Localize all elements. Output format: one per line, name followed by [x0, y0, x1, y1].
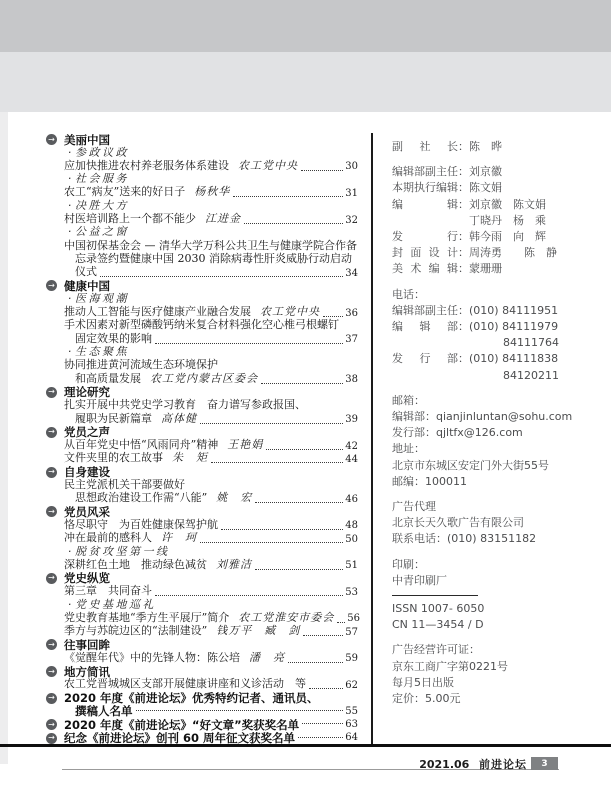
masthead-colon: ： — [458, 245, 469, 261]
masthead-value: 刘京徽 陈文娟 — [469, 197, 546, 213]
dot-leader — [302, 723, 343, 724]
toc-section: →党史纵览第三章 共同奋斗53党史基地巡礼党史教育基地“季方生平展厅”简介农工党… — [46, 572, 358, 638]
dot-leader — [298, 737, 343, 738]
page-number: 30 — [345, 161, 358, 173]
masthead-value: (010) 84111979 — [469, 319, 558, 335]
dot-leader — [255, 502, 343, 503]
dot-leader — [244, 223, 343, 224]
masthead-text-row: 地址： — [392, 441, 604, 457]
masthead-group: 广告代理北京长天久歌广告有限公司联系电话：(010) 83151182 — [392, 499, 604, 548]
masthead-text-row: CN 11—3454 / D — [392, 617, 604, 633]
article-author: 高体健 — [161, 410, 197, 426]
article-title: 文件夹里的农工故事 — [64, 449, 163, 465]
masthead-field-row: 编辑部副主任：刘京徽 — [392, 164, 604, 180]
masthead-text-row: 北京长天久歌广告有限公司 — [392, 515, 604, 531]
toc-section: →地方简讯农工党晋城城区支部开展健康讲座和义诊活动 等62 — [46, 665, 358, 692]
page-number: 38 — [345, 374, 358, 386]
toc-section-title-row: →纪念《前进论坛》创刊 60 周年征文获奖名单64 — [46, 731, 358, 744]
masthead-group: 编辑部副主任：刘京徽本期执行编辑：陈文娟编辑：刘京徽 陈文娟丁晓丹 杨 乘发行：… — [392, 164, 604, 277]
section-arrow-icon: → — [46, 134, 57, 145]
article-author: 姚 宏 — [216, 489, 252, 505]
masthead-text-row: 印刷： — [392, 557, 604, 573]
page-number: 57 — [345, 627, 358, 639]
section-arrow-icon: → — [46, 573, 57, 584]
article-title: 季方与苏皖边区的“法制建设” — [64, 622, 207, 638]
dot-leader — [136, 710, 344, 711]
masthead-value: (010) 84111951 — [469, 303, 558, 319]
footer-thick-rule — [0, 744, 611, 747]
masthead-field-row: 美术编辑：蒙珊珊 — [392, 261, 604, 277]
masthead-field-row: 编辑部：(010) 84111979 — [392, 319, 604, 335]
page-number: 34 — [345, 268, 358, 280]
masthead-value: 刘京徽 — [469, 164, 502, 180]
article-author: 农工党中央 — [238, 157, 298, 173]
masthead-text-row: ISSN 1007- 6050 — [392, 601, 604, 617]
article-author: 农工党内蒙古区委会 — [150, 370, 258, 386]
masthead-field-row: 编辑：刘京徽 陈文娟 — [392, 197, 604, 213]
section-arrow-icon: → — [46, 280, 57, 291]
dot-leader — [100, 276, 343, 277]
footer-magazine-title: 前进论坛 — [479, 758, 527, 771]
toc-section: →往事回眸《觉醒年代》中的先锋人物：陈公培潘 亮59 — [46, 638, 358, 665]
masthead-colon: ： — [458, 319, 469, 335]
section-arrow-icon: → — [46, 639, 57, 650]
page-number: 63 — [345, 719, 358, 731]
masthead-label: 美术编辑 — [392, 261, 458, 277]
dot-leader — [301, 170, 343, 171]
masthead-label: 发行部 — [392, 351, 458, 367]
masthead-value: 84111764 — [503, 335, 559, 351]
article-title: 仪式 — [75, 263, 97, 279]
masthead-text-row: 邮编：100011 — [392, 474, 604, 490]
page-number: 64 — [345, 732, 358, 744]
masthead-value: 陈文娟 — [469, 180, 502, 196]
masthead-label: 编辑部副主任 — [392, 303, 458, 319]
masthead-value: (010) 84111838 — [469, 351, 558, 367]
masthead-label: 副社长 — [392, 139, 458, 155]
masthead-value: 84120211 — [503, 368, 559, 384]
dot-leader — [266, 449, 343, 450]
article-title: 履职为民新篇章 — [75, 410, 152, 426]
page-number: 39 — [345, 414, 358, 426]
toc-section: →纪念《前进论坛》创刊 60 周年征文获奖名单64 — [46, 731, 358, 744]
masthead-text-row: 发行部：qjltfx@126.com — [392, 425, 604, 441]
article-author: 杨秋华 — [194, 183, 230, 199]
article-title: 农工党晋城城区支部开展健康讲座和义诊活动 等 — [64, 675, 306, 691]
masthead-colon: ： — [458, 180, 469, 196]
page-edge-strip — [0, 112, 8, 764]
masthead-group: 印刷：中青印刷厂ISSN 1007- 6050CN 11—3454 / D — [392, 557, 604, 634]
toc-section: →自身建设民主党派机关干部要做好思想政治建设工作需“八能”姚 宏46 — [46, 465, 358, 505]
section-arrow-icon: → — [46, 506, 57, 517]
masthead-colon: ： — [458, 351, 469, 367]
masthead-value: 陈 晔 — [469, 139, 502, 155]
article-author: 潘 亮 — [249, 649, 285, 665]
masthead-field-row: 编辑部副主任：(010) 84111951 — [392, 303, 604, 319]
section-arrow-icon: → — [46, 666, 57, 677]
toc-section: →2020 年度《前进论坛》优秀特约记者、通讯员、撰稿人名单55 — [46, 691, 358, 718]
masthead-group: 邮箱：编辑部：qianjinluntan@sohu.com发行部：qjltfx@… — [392, 393, 604, 490]
masthead-label: 编辑部 — [392, 319, 458, 335]
masthead-text-row: 广告经营许可证： — [392, 642, 604, 658]
masthead-label: 发行 — [392, 229, 458, 245]
toc-section: →党员风采恪尽职守 为百姓健康保驾护航48冲在最前的感科人许 珂50脱贫攻坚第一… — [46, 505, 358, 571]
article-title: 忘录签约暨健康中国 2030 消除病毒性肝炎威胁行动启动 — [75, 250, 352, 266]
page-number: 37 — [345, 334, 358, 346]
masthead-group: 副社长：陈 晔 — [392, 139, 604, 155]
masthead-text-row: 邮箱： — [392, 393, 604, 409]
section-arrow-icon: → — [46, 719, 57, 730]
masthead-text-row: 定价：5.00元 — [392, 691, 604, 707]
footer-text: 2021.06 前进论坛 — [360, 756, 527, 772]
masthead-label: 本期执行编辑 — [392, 180, 458, 196]
page-number: 46 — [345, 494, 358, 506]
masthead-group: 电话：编辑部副主任：(010) 84111951编辑部：(010) 841119… — [392, 287, 604, 384]
article-author: 刘雅洁 — [216, 556, 252, 572]
dot-leader — [233, 196, 343, 197]
masthead-colon: ： — [458, 261, 469, 277]
article-author: 王艳娟 — [227, 436, 263, 452]
dot-leader — [155, 595, 343, 596]
toc: →美丽中国参政议政应加快推进农村养老服务体系建设农工党中央30社会服务农工“病友… — [46, 133, 358, 745]
masthead-text-row: 中青印刷厂 — [392, 573, 604, 589]
dot-leader — [155, 343, 343, 344]
masthead-field-row: 副社长：陈 晔 — [392, 139, 604, 155]
article-title: 《觉醒年代》中的先锋人物：陈公培 — [64, 649, 240, 665]
page-number: 48 — [345, 520, 358, 532]
masthead-field-row: 发行部：(010) 84111838 — [392, 351, 604, 367]
dot-leader — [288, 662, 343, 663]
toc-section: →党员之声从百年党史中悟“风雨同舟”精神王艳娟42文件夹里的农工故事朱 矩44 — [46, 426, 358, 466]
masthead-label: 编辑 — [392, 197, 458, 213]
magazine-toc-page: { "icons": { "section-arrow-icon": "→" }… — [0, 0, 611, 808]
masthead-text-row: 电话： — [392, 287, 604, 303]
masthead-text-row: 京东工商广字第0221号 — [392, 659, 604, 675]
dot-leader — [221, 529, 343, 530]
masthead-text-row: 广告代理 — [392, 499, 604, 515]
page-number: 36 — [345, 308, 358, 320]
masthead-text-row: 北京市东城区安定门外大街55号 — [392, 458, 604, 474]
footer-issue: 2021.06 — [419, 758, 469, 771]
masthead-text-row: 每月5日出版 — [392, 675, 604, 691]
page-number: 51 — [345, 560, 358, 572]
section-arrow-icon: → — [46, 733, 57, 744]
page-number: 31 — [345, 188, 358, 200]
article-author: 江进金 — [205, 210, 241, 226]
column-divider-line — [371, 133, 373, 745]
masthead-colon: ： — [458, 164, 469, 180]
article-title: 深耕红色土地 推动绿色减贫 — [64, 556, 207, 572]
masthead-divider-rule — [392, 595, 478, 596]
masthead-value: 丁晓丹 杨 乘 — [469, 213, 546, 229]
dot-leader — [200, 423, 343, 424]
toc-section: →健康中国医海观潮推动人工智能与医疗健康产业融合发展农工党中央36手术因素对新型… — [46, 279, 358, 385]
masthead-text-row: 编辑部：qianjinluntan@sohu.com — [392, 409, 604, 425]
page-number: 62 — [345, 680, 358, 692]
masthead-colon: ： — [458, 139, 469, 155]
masthead-colon: ： — [458, 197, 469, 213]
section-arrow-icon: → — [46, 693, 57, 704]
masthead-colon: ： — [458, 229, 469, 245]
scan-background-light-band — [0, 52, 611, 112]
masthead-field-row: 封面设计：周涛勇 陈 静 — [392, 245, 604, 261]
masthead-label: 编辑部副主任 — [392, 164, 458, 180]
masthead: 副社长：陈 晔编辑部副主任：刘京徽本期执行编辑：陈文娟编辑：刘京徽 陈文娟丁晓丹… — [392, 139, 604, 716]
masthead-value: 蒙珊珊 — [469, 261, 502, 277]
article-title: 和高质量发展 — [75, 370, 141, 386]
section-arrow-icon: → — [46, 427, 57, 438]
masthead-continuation-row: 84111764 — [392, 335, 604, 351]
page-number: 32 — [345, 215, 358, 227]
dot-leader — [255, 569, 343, 570]
masthead-field-row: 发行：韩今雨 向 辉 — [392, 229, 604, 245]
article-author: 钱万平 臧 剑 — [216, 622, 300, 638]
masthead-continuation-row: 84120211 — [392, 368, 604, 384]
dot-leader — [303, 635, 343, 636]
page-number: 50 — [345, 534, 358, 546]
toc-section: →美丽中国参政议政应加快推进农村养老服务体系建设农工党中央30社会服务农工“病友… — [46, 133, 358, 279]
section-arrow-icon: → — [46, 387, 57, 398]
masthead-group: 广告经营许可证：京东工商广字第0221号每月5日出版定价：5.00元 — [392, 642, 604, 707]
masthead-text-row: 联系电话：(010) 83151182 — [392, 531, 604, 547]
page-number: 55 — [345, 706, 358, 718]
article-author: 朱 矩 — [172, 449, 208, 465]
masthead-value: 周涛勇 陈 静 — [469, 245, 557, 261]
page-number: 59 — [345, 653, 358, 665]
article-title: 思想政治建设工作需“八能” — [75, 489, 207, 505]
page-number-badge: 3 — [531, 757, 558, 770]
scan-background-dark-band — [0, 0, 611, 52]
page-number: 42 — [345, 441, 358, 453]
page-number: 53 — [345, 587, 358, 599]
dot-leader — [261, 383, 343, 384]
masthead-colon: ： — [458, 303, 469, 319]
masthead-label: 封面设计 — [392, 245, 458, 261]
dot-leader — [211, 462, 343, 463]
masthead-field-row: 本期执行编辑：陈文娟 — [392, 180, 604, 196]
dot-leader — [337, 622, 345, 623]
page-number: 56 — [347, 613, 360, 625]
page-number: 44 — [345, 454, 358, 466]
section-arrow-icon: → — [46, 467, 57, 478]
masthead-value: 韩今雨 向 辉 — [469, 229, 546, 245]
toc-section: →理论研究扎实开展中共党史学习教育 奋力谱写参政报国、履职为民新篇章高体健39 — [46, 386, 358, 426]
dot-leader — [200, 542, 343, 543]
masthead-continuation-row: 丁晓丹 杨 乘 — [392, 213, 604, 229]
